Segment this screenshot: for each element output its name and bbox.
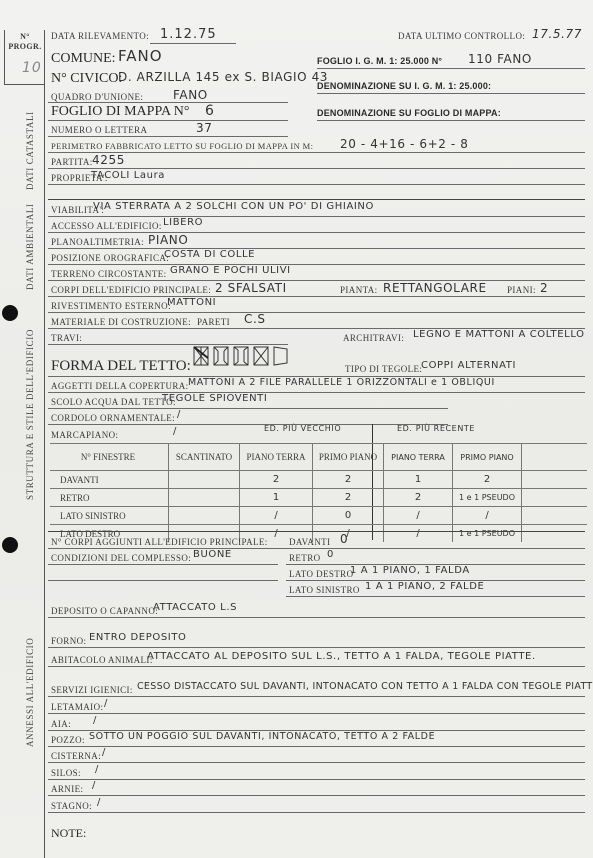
marcapiano-label: MARCAPIANO: — [51, 430, 118, 440]
underline — [48, 424, 448, 425]
underline — [317, 93, 585, 94]
cell[interactable]: 0 — [313, 507, 384, 525]
cordolo-value[interactable]: / — [177, 409, 181, 420]
group-label-old: ED. PIÙ VECCHIO — [264, 424, 341, 433]
underline — [48, 392, 585, 393]
cell[interactable]: 1 e 1 PSEUDO — [453, 489, 522, 507]
progr-value: 10 — [22, 60, 42, 76]
section-label-annessi: ANNESSI ALL'EDIFICIO — [25, 638, 35, 747]
cell[interactable]: 1 — [384, 471, 453, 489]
quadro-value[interactable]: FANO — [173, 88, 208, 102]
underline — [48, 746, 585, 747]
stagno-label: STAGNO: — [51, 801, 92, 811]
materiale-label: MATERIALE DI COSTRUZIONE: — [51, 317, 191, 327]
cell[interactable] — [169, 489, 240, 507]
col-header: PIANO TERRA — [384, 444, 453, 471]
margin-rule — [44, 30, 45, 858]
terreno-label: TERRENO CIRCOSTANTE: — [51, 269, 167, 279]
cell[interactable]: 2 — [313, 489, 384, 507]
col-header: PRIMO PIANO — [313, 444, 384, 471]
row-label: LATO SINISTRO — [50, 507, 169, 525]
roof-shape-2-icon[interactable] — [213, 346, 229, 366]
comune-label: COMUNE: — [51, 51, 116, 67]
underline — [48, 548, 585, 549]
terreno-value[interactable]: GRANO E POCHI ULIVI — [170, 265, 291, 276]
foglio-mappa-value[interactable]: 6 — [205, 103, 215, 119]
forno-value[interactable]: ENTRO DEPOSITO — [89, 632, 187, 643]
cell[interactable]: 2 — [384, 489, 453, 507]
civico-value[interactable]: D. ARZILLA 145 ex S. BIAGIO 43 — [118, 70, 328, 84]
section-divider — [48, 531, 585, 532]
roof-shape-5-icon[interactable] — [273, 346, 289, 366]
planoaltimetria-label: PLANOALTIMETRIA: — [51, 237, 144, 247]
marcapiano-value[interactable]: / — [173, 426, 177, 437]
underline — [48, 136, 288, 137]
underline — [48, 184, 585, 185]
condizioni-value[interactable]: BUONE — [193, 549, 232, 560]
rivestimento-value[interactable]: MATTONI — [167, 297, 216, 308]
foglio-mappa-label: FOGLIO DI MAPPA N° — [51, 104, 190, 120]
underline — [317, 120, 585, 121]
lato-sinistro-label: LATO SINISTRO — [289, 585, 360, 595]
binder-hole-top — [2, 305, 18, 321]
viabilita-value[interactable]: VIA STERRATA A 2 SOLCHI CON UN PO' DI GH… — [93, 201, 374, 212]
foglio-igm-value[interactable]: 110 FANO — [468, 52, 532, 66]
cell[interactable]: 2 — [313, 471, 384, 489]
cell[interactable]: 1 e 1 PSEUDO — [453, 525, 522, 543]
piani-value[interactable]: 2 — [540, 281, 548, 295]
aggetti-label: AGGETTI DELLA COPERTURA: — [51, 381, 189, 391]
cisterna-label: CISTERNA: — [51, 751, 101, 761]
accesso-value[interactable]: LIBERO — [163, 217, 203, 228]
pianta-label: PIANTA: — [340, 285, 378, 295]
retro-label: RETRO — [289, 553, 321, 563]
denominazione-mappa-label: DENOMINAZIONE SU FOGLIO DI MAPPA: — [317, 108, 501, 118]
cell[interactable] — [169, 471, 240, 489]
cell[interactable]: 2 — [240, 471, 313, 489]
underline — [48, 812, 585, 813]
lato-destro-label: LATO DESTRO — [289, 569, 354, 579]
underline — [48, 168, 585, 169]
cell[interactable]: / — [384, 525, 453, 543]
abitacolo-label: ABITACOLO ANIMALI: — [51, 655, 153, 665]
stagno-value[interactable]: / — [97, 797, 101, 808]
scolo-value[interactable]: TEGOLE SPIOVENTI — [162, 393, 267, 404]
data-rilevamento-value[interactable]: 1.12.75 — [160, 27, 217, 42]
section-label-catastali: DATI CATASTALI — [25, 111, 35, 190]
arnie-label: ARNIE: — [51, 784, 83, 794]
servizi-label: SERVIZI IGIENICI: — [51, 685, 133, 695]
underline — [48, 216, 585, 217]
partita-label: PARTITA: — [51, 157, 93, 167]
materiale-sub-label: PARETI — [197, 317, 230, 327]
davanti-value[interactable]: 0 — [340, 532, 348, 546]
tipo-tegole-value[interactable]: COPPI ALTERNATI — [421, 360, 516, 371]
table-row: DAVANTI 2 2 1 2 — [50, 471, 587, 489]
partita-value[interactable]: 4255 — [92, 153, 125, 167]
pianta-value[interactable]: RETTANGOLARE — [383, 281, 487, 295]
underline — [48, 762, 585, 763]
roof-shape-4-icon[interactable] — [253, 346, 269, 366]
col-header: PRIMO PIANO — [453, 444, 522, 471]
note-label: NOTE: — [51, 826, 86, 841]
cell[interactable] — [522, 525, 588, 543]
civico-label: N° CIVICO: — [51, 71, 122, 87]
servizi-value[interactable]: CESSO DISTACCATO SUL DAVANTI, INTONACATO… — [137, 681, 593, 692]
cell[interactable] — [169, 507, 240, 525]
survey-form-sheet: N° PROGR. 10 DATI CATASTALI DATI AMBIENT… — [0, 0, 593, 858]
underline — [48, 280, 585, 281]
table-row: LATO SINISTRO / 0 / / — [50, 507, 587, 525]
aggetti-value[interactable]: MATTONI A 2 FILE PARALLELE 1 ORIZZONTALI… — [188, 377, 495, 388]
pozzo-label: POZZO: — [51, 735, 85, 745]
architravi-label: ARCHITRAVI: — [343, 333, 404, 343]
group-label-new: ED. PIÙ RECENTE — [397, 424, 475, 433]
deposito-label: DEPOSITO o CAPANNO: — [51, 606, 158, 616]
col-header: SCANTINATO — [169, 444, 240, 471]
perimetro-label: PERIMETRO FABBRICATO LETTO SU FOGLIO DI … — [51, 141, 313, 151]
corpi-aggiunti-label: N° CORPI AGGIUNTI ALL'EDIFICIO PRINCIPAL… — [51, 537, 268, 547]
cell[interactable] — [522, 507, 588, 525]
underline — [48, 296, 585, 297]
silos-label: SILOS: — [51, 768, 81, 778]
quadro-label: QUADRO D'UNIONE: — [51, 92, 143, 102]
abitacolo-value[interactable]: ATTACCATO AL DEPOSITO SUL L.S., TETTO A … — [147, 651, 536, 662]
underline — [48, 344, 288, 345]
letamaio-label: LETAMAIO: — [51, 702, 103, 712]
numero-value[interactable]: 37 — [196, 121, 212, 135]
numero-label: NUMERO o LETTERA — [51, 125, 147, 135]
cell[interactable]: / — [384, 507, 453, 525]
lato-sinistro-value[interactable]: 1 A 1 PIANO, 2 FALDE — [365, 581, 484, 592]
cell[interactable]: 1 — [240, 489, 313, 507]
cell[interactable]: / — [453, 507, 522, 525]
cell[interactable]: / — [240, 507, 313, 525]
foglio-igm-label: FOGLIO I. G. M. 1: 25.000 N° — [317, 56, 442, 66]
underline — [48, 795, 585, 796]
roof-shape-3-icon[interactable] — [233, 346, 249, 366]
underline — [150, 43, 236, 44]
underline — [48, 312, 585, 313]
cell[interactable]: 2 — [453, 471, 522, 489]
lato-destro-value[interactable]: 1 A 1 PIANO, 1 FALDA — [350, 565, 470, 576]
col-header: PIANO TERRA — [240, 444, 313, 471]
underline — [286, 596, 585, 597]
finestre-table: N° FINESTRE SCANTINATO PIANO TERRA PRIMO… — [50, 443, 587, 542]
col-header — [522, 444, 588, 471]
rivestimento-label: RIVESTIMENTO ESTERNO: — [51, 301, 171, 311]
underline — [317, 68, 585, 69]
materiale-value[interactable]: C.S — [244, 312, 266, 326]
underline — [48, 102, 288, 103]
perimetro-value[interactable]: 20 - 4+16 - 6+2 - 8 — [340, 137, 468, 151]
cordolo-label: CORDOLO ORNAMENTALE: — [51, 413, 175, 423]
underline — [48, 647, 585, 648]
deposito-value[interactable]: ATTACCATO L.S — [153, 602, 237, 613]
arnie-value[interactable]: / — [92, 780, 96, 791]
binder-hole-bottom — [2, 537, 18, 553]
col-header: N° FINESTRE — [50, 444, 169, 471]
silos-value[interactable]: / — [95, 764, 99, 775]
pozzo-value[interactable]: SOTTO UN POGGIO SUL DAVANTI, INTONACATO,… — [89, 731, 435, 742]
planoaltimetria-value[interactable]: PIANO — [148, 233, 188, 247]
underline — [48, 696, 585, 697]
architravi-value[interactable]: LEGNO E MATTONI A COLTELLO — [413, 329, 585, 340]
posizione-value[interactable]: COSTA DI COLLE — [164, 249, 255, 260]
underline — [48, 408, 448, 409]
proprieta-value[interactable]: TACOLI Laura — [91, 170, 165, 181]
underline — [48, 264, 585, 265]
row-label: DAVANTI — [50, 471, 169, 489]
forno-label: FORNO: — [51, 636, 86, 646]
accesso-label: ACCESSO ALL'EDIFICIO: — [51, 221, 162, 231]
section-label-struttura: STRUTTURA E STILE DELL'EDIFICIO — [25, 329, 35, 500]
piani-label: PIANI: — [507, 285, 536, 295]
condizioni-label: CONDIZIONI DEL COMPLESSO: — [51, 553, 191, 563]
underline — [48, 248, 585, 249]
letamaio-value[interactable]: / — [104, 698, 108, 709]
underline — [48, 779, 585, 780]
data-ultimo-controllo-value[interactable]: 17.5.77 — [532, 27, 582, 41]
table-header-row: N° FINESTRE SCANTINATO PIANO TERRA PRIMO… — [50, 444, 587, 471]
cisterna-value[interactable]: / — [102, 747, 106, 758]
forma-tetto-label: FORMA DEL TETTO: — [51, 358, 191, 375]
underline — [48, 152, 585, 153]
davanti-label: DAVANTI — [289, 537, 330, 547]
table-row: RETRO 1 2 2 1 e 1 PSEUDO — [50, 489, 587, 507]
denominazione-igm-label: DENOMINAZIONE SU I. G. M. 1: 25.000: — [317, 81, 491, 91]
cell[interactable] — [522, 489, 588, 507]
underline — [48, 120, 288, 121]
posizione-label: POSIZIONE OROGRAFICA: — [51, 253, 169, 263]
roof-shape-1-checked-icon[interactable] — [193, 346, 209, 366]
section-label-ambientali: DATI AMBIENTALI — [25, 203, 35, 290]
row-label: RETRO — [50, 489, 169, 507]
tipo-tegole-label: TIPO DI TEGOLE: — [345, 364, 422, 374]
corpi-label: CORPI DELL'EDIFICIO PRINCIPALE: — [51, 285, 211, 295]
underline — [48, 713, 585, 714]
retro-value[interactable]: 0 — [327, 549, 334, 560]
underline — [48, 232, 585, 233]
comune-value[interactable]: FANO — [118, 47, 163, 65]
underline — [48, 666, 585, 667]
underline — [48, 617, 585, 618]
underline — [48, 564, 278, 565]
scolo-label: SCOLO ACQUA DAL TETTO: — [51, 397, 176, 407]
cell[interactable] — [522, 471, 588, 489]
corpi-value[interactable]: 2 SFALSATI — [215, 281, 287, 295]
underline — [48, 580, 278, 581]
note-area[interactable] — [90, 822, 585, 852]
aia-value[interactable]: / — [93, 715, 97, 726]
section-divider — [48, 199, 585, 200]
progr-label: N° PROGR. — [8, 32, 42, 52]
aia-label: AIA: — [51, 719, 71, 729]
data-ultimo-controllo-label: DATA ULTIMO CONTROLLO: — [398, 31, 525, 41]
data-rilevamento-label: DATA RILEVAMENTO: — [51, 31, 149, 41]
travi-label: TRAVI: — [51, 333, 82, 343]
